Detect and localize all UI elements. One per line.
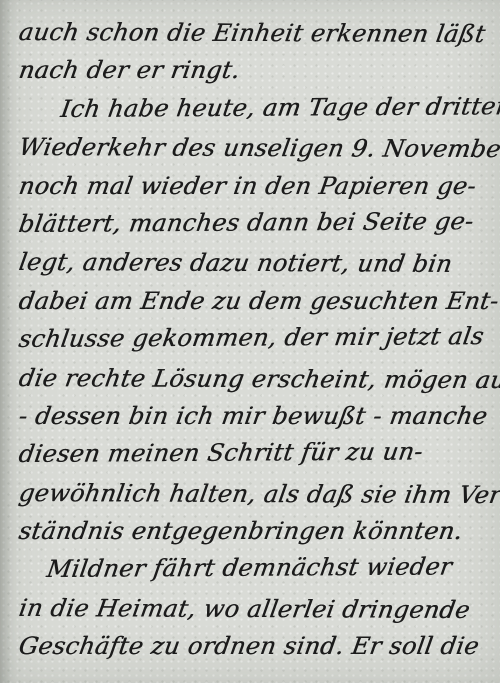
handwritten-line: legt, anderes dazu notiert, und bin xyxy=(16,243,500,283)
handwritten-line: ständnis entgegenbringen könnten. xyxy=(16,512,500,550)
handwritten-line: noch mal wieder in den Papieren ge- xyxy=(16,167,500,205)
handwritten-line: Ich habe heute, am Tage der dritten xyxy=(58,87,500,128)
handwritten-line: gewöhnlich halten, als daß sie ihm Ver- xyxy=(16,474,500,514)
handwritten-line: auch schon die Einheit erkennen läßt xyxy=(16,13,500,53)
handwritten-line: Wiederkehr des unseligen 9. November xyxy=(16,128,500,168)
manuscript-page: auch schon die Einheit erkennen läßt nac… xyxy=(0,0,500,683)
handwritten-line: Mildner fährt demnächst wieder xyxy=(44,548,500,589)
handwritten-line: diesen meinen Schritt für zu un- xyxy=(16,432,500,473)
handwritten-line: schlusse gekommen, der mir jetzt als xyxy=(16,317,500,358)
handwritten-line: in die Heimat, wo allerlei dringende xyxy=(16,589,500,629)
handwritten-line: die rechte Lösung erscheint, mögen auch xyxy=(16,359,500,399)
handwritten-text-block: auch schon die Einheit erkennen läßt nac… xyxy=(16,13,494,666)
handwritten-line: dabei am Ende zu dem gesuchten Ent- xyxy=(16,282,500,320)
handwritten-line: blättert, manches dann bei Seite ge- xyxy=(16,202,500,243)
handwritten-line: Geschäfte zu ordnen sind. Er soll die xyxy=(16,627,500,665)
handwritten-line: nach der er ringt. xyxy=(16,51,500,89)
handwritten-line: - dessen bin ich mir bewußt - manche xyxy=(16,397,500,435)
